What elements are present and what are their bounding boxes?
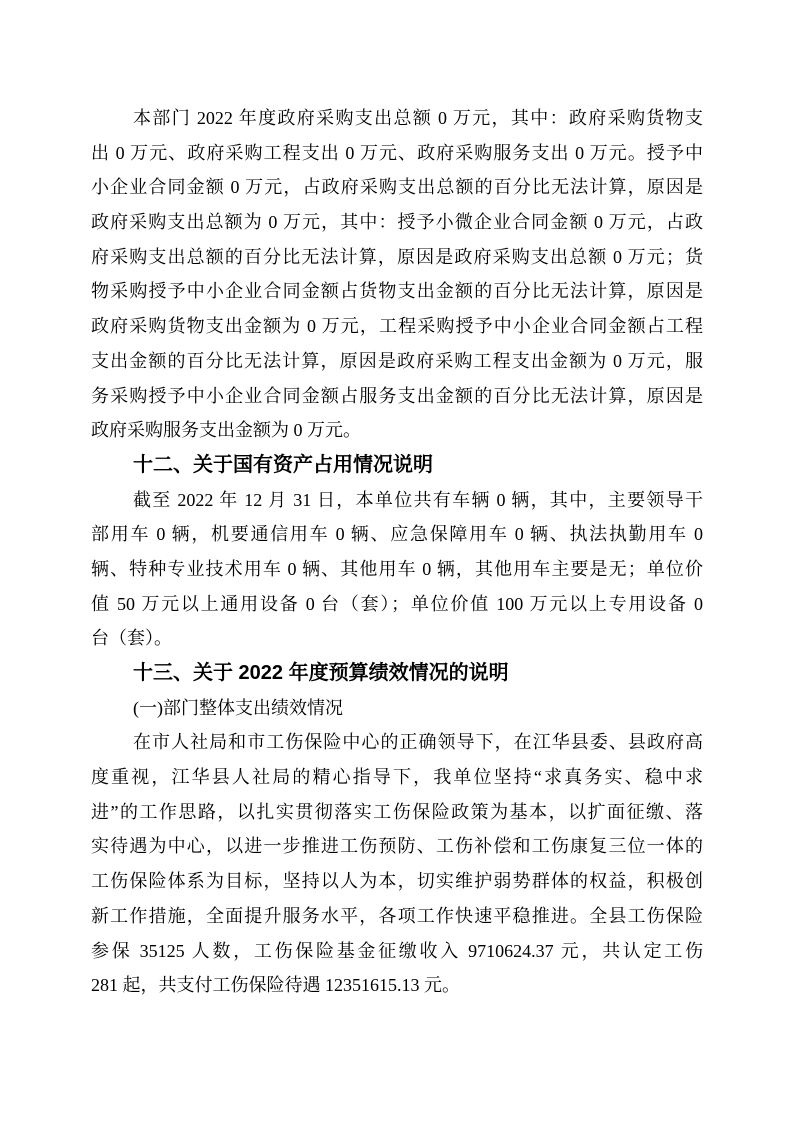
para-performance-overview-line-5: 工伤保险体系为目标，坚持以人为本，切实维护弱势群体的权益，积极创 — [91, 864, 703, 899]
para-performance-overview-line-1: 在市人社局和市工伤保险中心的正确领导下，在江华县委、县政府高 — [91, 725, 703, 760]
para-government-procurement-line-6: 物采购授予中小企业合同金额占货物支出金额的百分比无法计算，原因是 — [91, 274, 703, 309]
para-government-procurement-line-10: 政府采购服务支出金额为 0 万元。 — [91, 413, 703, 448]
para-state-assets-line-2: 部用车 0 辆，机要通信用车 0 辆、应急保障用车 0 辆、执法执勤用车 0 — [91, 517, 703, 552]
para-performance-overview-line-4: 实待遇为中心，以进一步推进工伤预防、工伤补偿和工伤康复三位一体的 — [91, 829, 703, 864]
document-page: 本部门 2022 年度政府采购支出总额 0 万元，其中：政府采购货物支出 0 万… — [0, 0, 793, 1122]
heading-section-12-line-1: 十二、关于国有资产占用情况说明 — [91, 448, 703, 483]
para-state-assets-line-3: 辆、特种专业技术用车 0 辆、其他用车 0 辆，其他用车主要是无；单位价 — [91, 552, 703, 587]
para-government-procurement-line-9: 务采购授予中小企业合同金额占服务支出金额的百分比无法计算，原因是 — [91, 379, 703, 414]
para-government-procurement-line-5: 府采购支出总额的百分比无法计算，原因是政府采购支出总额 0 万元；货 — [91, 240, 703, 275]
document-body: 本部门 2022 年度政府采购支出总额 0 万元，其中：政府采购货物支出 0 万… — [91, 101, 703, 1003]
para-performance-overview-line-7: 参保 35125 人数，工伤保险基金征缴收入 9710624.37 元，共认定工… — [91, 934, 703, 969]
para-government-procurement-line-7: 政府采购货物支出金额为 0 万元，工程采购授予中小企业合同金额占工程 — [91, 309, 703, 344]
para-performance-overview-line-2: 度重视，江华县人社局的精心指导下，我单位坚持“求真务实、稳中求 — [91, 760, 703, 795]
para-government-procurement-line-1: 本部门 2022 年度政府采购支出总额 0 万元，其中：政府采购货物支 — [91, 101, 703, 136]
para-government-procurement-line-4: 政府采购支出总额为 0 万元，其中：授予小微企业合同金额 0 万元，占政 — [91, 205, 703, 240]
para-government-procurement-line-8: 支出金额的百分比无法计算，原因是政府采购工程支出金额为 0 万元，服 — [91, 344, 703, 379]
para-performance-overview-line-6: 新工作措施，全面提升服务水平，各项工作快速平稳推进。全县工伤保险 — [91, 899, 703, 934]
para-government-procurement-line-3: 小企业合同金额 0 万元，占政府采购支出总额的百分比无法计算，原因是 — [91, 170, 703, 205]
para-state-assets-line-4: 值 50 万元以上通用设备 0 台（套）；单位价值 100 万元以上专用设备 0 — [91, 587, 703, 622]
subheading-overall-expenditure-performance-line-1: (一)部门整体支出绩效情况 — [91, 691, 703, 726]
para-performance-overview-line-3: 进”的工作思路，以扎实贯彻落实工伤保险政策为基本，以扩面征缴、落 — [91, 795, 703, 830]
para-state-assets-line-1: 截至 2022 年 12 月 31 日，本单位共有车辆 0 辆，其中，主要领导干 — [91, 483, 703, 518]
para-performance-overview-line-8: 281 起，共支付工伤保险待遇 12351615.13 元。 — [91, 968, 703, 1003]
para-state-assets-line-5: 台（套）。 — [91, 621, 703, 656]
para-government-procurement-line-2: 出 0 万元、政府采购工程支出 0 万元、政府采购服务支出 0 万元。授予中 — [91, 136, 703, 171]
heading-section-13-line-1: 十三、关于 2022 年度预算绩效情况的说明 — [91, 656, 703, 691]
